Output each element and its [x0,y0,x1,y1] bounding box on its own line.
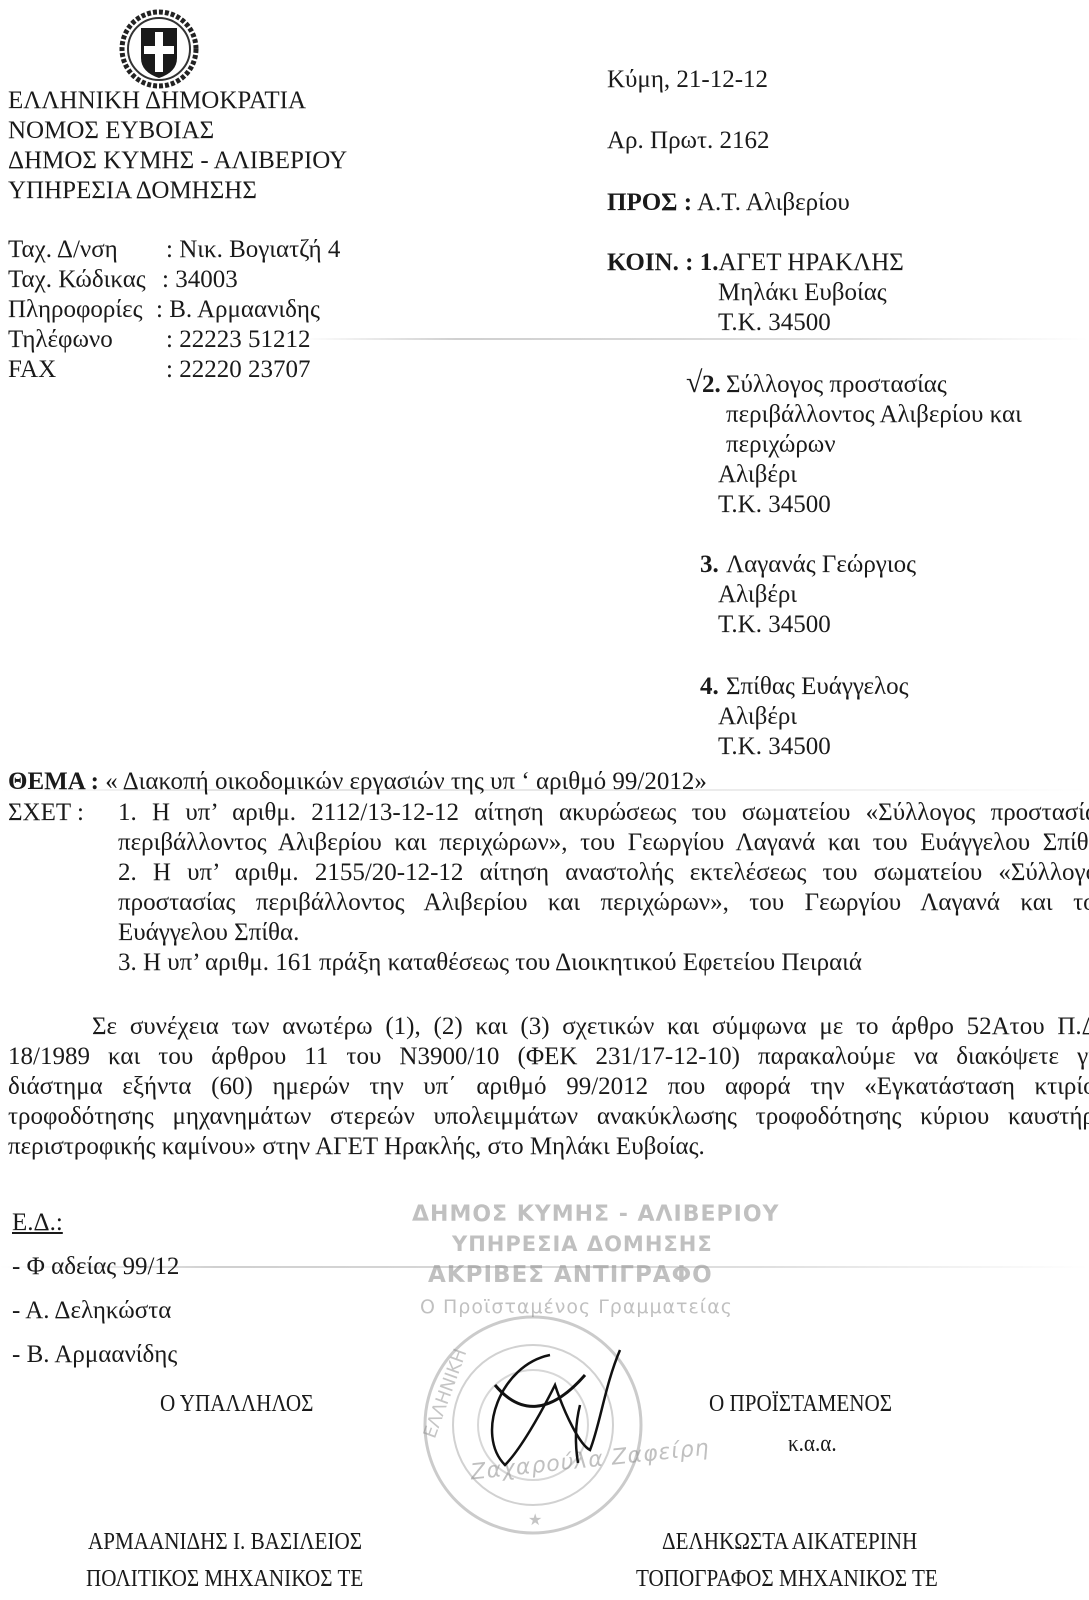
stamp-line: ΥΠΗΡΕΣΙΑ ΔΟΜΗΣΗΣ [452,1232,713,1256]
body-line: τροφοδότησης μηχανημάτων στερεών υπολειμ… [8,1102,1089,1132]
cc-item-number: 1. [700,249,719,276]
place-date: Κύμη, 21-12-12 [607,65,768,95]
contact-value: : 22220 23707 [166,355,310,385]
header-line: ΥΠΗΡΕΣΙΑ ΔΟΜΗΣΗΣ [8,176,257,206]
contact-value: : 22223 51212 [166,325,310,355]
cc-item: ΚΟΙΝ. : 1.ΑΓΕΤ ΗΡΑΚΛΗΣ [607,248,904,278]
cc-item-line: Αλιβέρι [718,460,797,490]
recipient: ΠΡΟΣ : Α.Τ. Αλιβερίου [607,188,850,218]
reference-line: περιβάλλοντος Αλιβερίου και περιχώρων», … [118,828,1089,858]
body-line: 18/1989 και του άρθρου 11 του Ν3900/10 (… [8,1042,1089,1072]
body-line: περιστροφικής καμίνου» στην ΑΓΕΤ Ηρακλής… [8,1132,705,1162]
cc-label: ΚΟΙΝ. : [607,249,693,276]
subject-value: « Διακοπή οικοδομικών εργασιών της υπ ‘ … [105,768,707,795]
signer-subtitle: κ.α.α. [788,1430,837,1458]
scan-crease [300,338,1089,340]
contact-label: Τηλέφωνο [8,325,113,355]
reference-line: προστασίας περιβάλλοντος Αλιβερίου και π… [118,888,1089,918]
svg-text:★: ★ [528,1510,542,1529]
references-label: ΣΧΕΤ : [8,798,84,828]
header-line: ΔΗΜΟΣ ΚΥΜΗΣ - ΑΛΙΒΕΡΙΟΥ [8,146,347,176]
protocol-number: Αρ. Πρωτ. 2162 [607,126,770,156]
distribution-item: - Α. Δεληκώστα [12,1296,171,1326]
contact-label: Πληροφορίες [8,295,143,325]
recipient-label: ΠΡΟΣ : [607,189,692,216]
cc-item-line: περιβάλλοντος Αλιβερίου και [726,400,1022,430]
greek-coat-of-arms-icon [118,8,200,90]
signer-role: ΤΟΠΟΓΡΑΦΟΣ ΜΗΧΑΝΙΚΟΣ ΤΕ [636,1565,938,1593]
recipient-value: Α.Τ. Αλιβερίου [697,189,850,216]
signer-name: ΑΡΜΑΑΝΙΔΗΣ Ι. ΒΑΣΙΛΕΙΟΣ [88,1528,362,1556]
stamp-line: ΑΚΡΙΒΕΣ ΑΝΤΙΓΡΑΦΟ [428,1262,713,1288]
cc-item-number: 4. [700,672,719,702]
signer-title: Ο ΥΠΑΛΛΗΛΟΣ [160,1390,313,1418]
reference-line: 1. Η υπ’ αριθμ. 2112/13-12-12 αίτηση ακυ… [118,798,1089,828]
contact-value: : Β. Αρμαανιδης [156,295,320,325]
contact-value: : 34003 [162,265,238,295]
cc-item-line: Λαγανάς Γεώργιος [726,550,916,580]
distribution-item: - Φ αδείας 99/12 [12,1252,179,1282]
signer-name: ΔΕΛΗΚΩΣΤΑ ΑΙΚΑΤΕΡΙΝΗ [662,1528,917,1556]
stamp-line: ΔΗΜΟΣ ΚΥΜΗΣ - ΑΛΙΒΕΡΙΟΥ [412,1202,779,1227]
handwritten-signature-icon [480,1345,640,1475]
header-line: ΕΛΛΗΝΙΚΗ ΔΗΜΟΚΡΑΤΙΑ [8,86,306,116]
cc-item-line: Τ.Κ. 34500 [718,610,831,640]
cc-item-number: 2. [702,370,721,400]
reference-line: 2. Η υπ’ αριθμ. 2155/20-12-12 αίτηση ανα… [118,858,1089,888]
cc-item-line: Σύλλογος προστασίας [726,370,947,400]
contact-label: FAX [8,355,56,385]
cc-item-line: Τ.Κ. 34500 [718,732,831,762]
body-line: Σε συνέχεια των ανωτέρω (1), (2) και (3)… [92,1012,1089,1042]
cc-item-line: Σπίθας Ευάγγελος [726,672,909,702]
cc-item-line: Τ.Κ. 34500 [718,490,831,520]
contact-value: : Νικ. Βογιατζή 4 [166,235,340,265]
subject: ΘΕΜΑ : « Διακοπή οικοδομικών εργασιών τη… [8,767,707,797]
cc-item-line: Αλιβέρι [718,580,797,610]
distribution-item: - Β. Αρμαανίδης [12,1340,177,1370]
signer-title: Ο ΠΡΟΪΣΤΑΜΕΝΟΣ [709,1390,892,1418]
check-mark: √ [686,368,702,398]
reference-line: 3. Η υπ’ αριθμ. 161 πράξη καταθέσεως του… [118,948,862,978]
header-line: ΝΟΜΟΣ ΕΥΒΟΙΑΣ [8,116,214,146]
subject-label: ΘΕΜΑ : [8,768,99,795]
cc-item-line: Μηλάκι Ευβοίας [718,278,887,308]
reference-line: Ευάγγελου Σπίθα. [118,918,299,948]
signer-role: ΠΟΛΙΤΙΚΟΣ ΜΗΧΑΝΙΚΟΣ ΤΕ [86,1565,363,1593]
contact-label: Ταχ. Δ/νση [8,235,118,265]
internal-distribution-label: Ε.Δ.: [12,1208,63,1238]
cc-item-line: ΑΓΕΤ ΗΡΑΚΛΗΣ [718,249,903,276]
svg-text:ΕΛΛΗΝΙΚΗ: ΕΛΛΗΝΙΚΗ [420,1346,472,1441]
cc-item-line: Αλιβέρι [718,702,797,732]
cc-item-line: Τ.Κ. 34500 [718,308,831,338]
body-line: διάστημα εξήντα (60) ημερών την υπ΄ αριθ… [8,1072,1089,1102]
contact-label: Ταχ. Κώδικας [8,265,146,295]
cc-item-line: περιχώρων [726,430,836,460]
cc-item-number: 3. [700,550,719,580]
